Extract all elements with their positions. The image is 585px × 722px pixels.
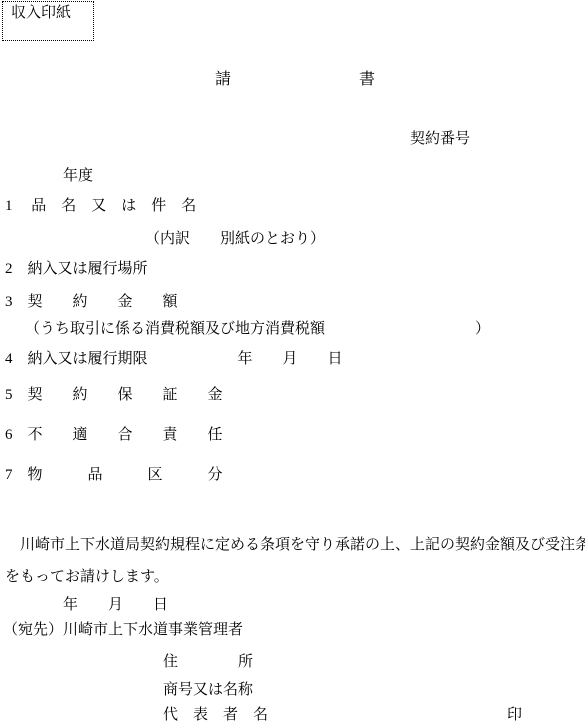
representative-name-label: 代 表 者 名 bbox=[163, 707, 268, 722]
revenue-stamp-box: 収入印紙 bbox=[2, 1, 94, 41]
date-line: 年 月 日 bbox=[63, 597, 168, 614]
item-3-contract-amount: 3 契 約 金 額 bbox=[5, 294, 178, 311]
contract-number-label: 契約番号 bbox=[410, 131, 470, 148]
item-1-breakdown-note: （内訳 別紙のとおり） bbox=[145, 231, 325, 248]
addressee-line: （宛先）川崎市上下水道事業管理者 bbox=[3, 622, 243, 639]
seal-mark-label: 印 bbox=[507, 707, 522, 722]
document-title: 請 書 bbox=[215, 70, 375, 89]
revenue-stamp-label: 収入印紙 bbox=[11, 5, 71, 22]
pledge-paragraph-line-1: 川崎市上下水道局契約規程に定める条項を守り承諾の上、上記の契約金額及び受注条件 bbox=[5, 537, 585, 554]
fiscal-year-label: 年度 bbox=[63, 168, 93, 185]
item-1-product-or-subject-name: 1 品 名 又 は 件 名 bbox=[5, 198, 196, 215]
pledge-paragraph-line-2: をもってお請けします。 bbox=[5, 569, 169, 586]
company-name-label: 商号又は名称 bbox=[163, 682, 253, 699]
item-6-nonconformity-liability: 6 不 適 合 責 任 bbox=[5, 427, 223, 444]
address-label: 住 所 bbox=[163, 654, 253, 671]
item-7-goods-classification: 7 物 品 区 分 bbox=[5, 467, 223, 484]
item-4-delivery-or-performance-deadline: 4 納入又は履行期限 年 月 日 bbox=[5, 351, 343, 368]
item-3-consumption-tax-note: （うち取引に係る消費税額及び地方消費税額 ） bbox=[25, 321, 490, 338]
item-2-delivery-or-performance-place: 2 納入又は履行場所 bbox=[5, 261, 148, 278]
item-5-contract-deposit: 5 契 約 保 証 金 bbox=[5, 387, 223, 404]
acceptance-form-document: 収入印紙 請 書 契約番号 年度 1 品 名 又 は 件 名 （内訳 別紙のとお… bbox=[0, 0, 585, 722]
